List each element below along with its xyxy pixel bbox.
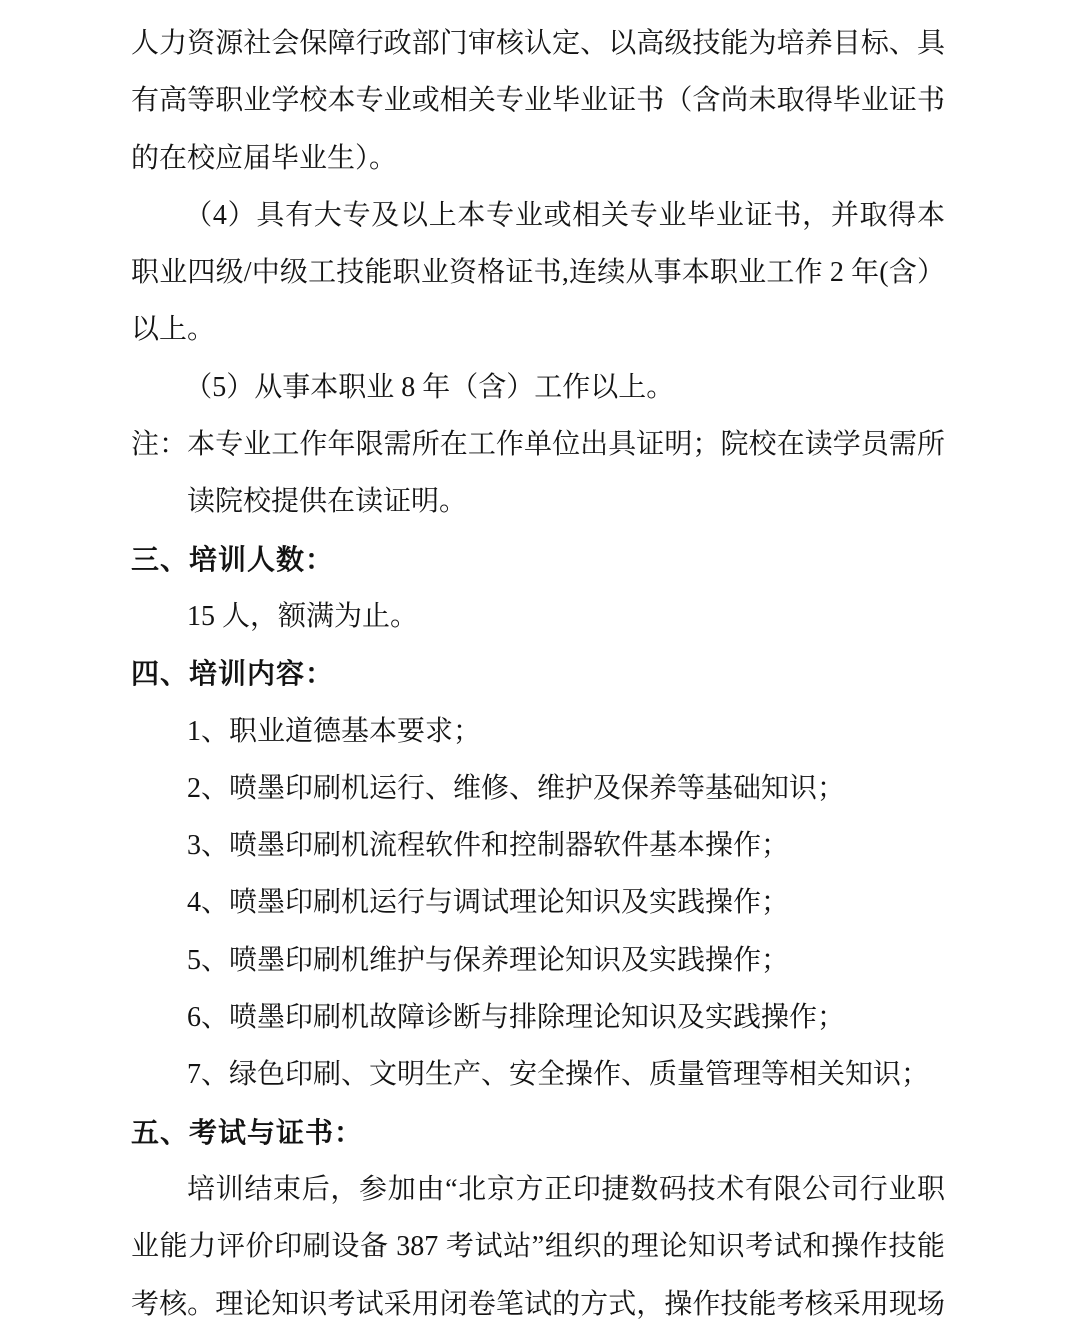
text-line-2: 有高等职业学校本专业或相关专业毕业证书（含尚未取得毕业证书 (131, 72, 945, 129)
text-line-1: 人力资源社会保障行政部门审核认定、以高级技能为培养目标、具 (131, 15, 945, 72)
text-line-18: 6、喷墨印刷机故障诊断与排除理论知识及实践操作； (131, 989, 945, 1046)
text-line-19: 7、绿色印刷、文明生产、安全操作、质量管理等相关知识； (131, 1046, 945, 1103)
text-line-10: 三、培训人数： (131, 531, 945, 588)
text-line-9: 读院校提供在读证明。 (131, 473, 945, 530)
text-line-22: 业能力评价印刷设备 387 考试站”组织的理论知识考试和操作技能 (131, 1218, 945, 1275)
text-line-16: 4、喷墨印刷机运行与调试理论知识及实践操作； (131, 874, 945, 931)
text-line-23: 考核。理论知识考试采用闭卷笔试的方式，操作技能考核采用现场 (131, 1276, 945, 1333)
text-line-14: 2、喷墨印刷机运行、维修、维护及保养等基础知识； (131, 760, 945, 817)
text-line-3: 的在校应届毕业生）。 (131, 130, 945, 187)
text-line-7: （5）从事本职业 8 年（含）工作以上。 (131, 359, 945, 416)
text-line-11: 15 人，额满为止。 (131, 588, 945, 645)
document-page: 人力资源社会保障行政部门审核认定、以高级技能为培养目标、具有高等职业学校本专业或… (0, 0, 1080, 1343)
text-line-4: （4）具有大专及以上本专业或相关专业毕业证书，并取得本 (131, 187, 945, 244)
text-line-21: 培训结束后，参加由“北京方正印捷数码技术有限公司行业职 (131, 1161, 945, 1218)
text-line-8: 注：本专业工作年限需所在工作单位出具证明；院校在读学员需所 (131, 416, 945, 473)
text-line-5: 职业四级/中级工技能职业资格证书,连续从事本职业工作 2 年(含） (131, 244, 945, 301)
text-line-15: 3、喷墨印刷机流程软件和控制器软件基本操作； (131, 817, 945, 874)
text-line-17: 5、喷墨印刷机维护与保养理论知识及实践操作； (131, 932, 945, 989)
text-line-12: 四、培训内容： (131, 645, 945, 702)
text-line-13: 1、职业道德基本要求； (131, 703, 945, 760)
text-line-20: 五、考试与证书： (131, 1104, 945, 1161)
text-line-6: 以上。 (131, 301, 945, 358)
